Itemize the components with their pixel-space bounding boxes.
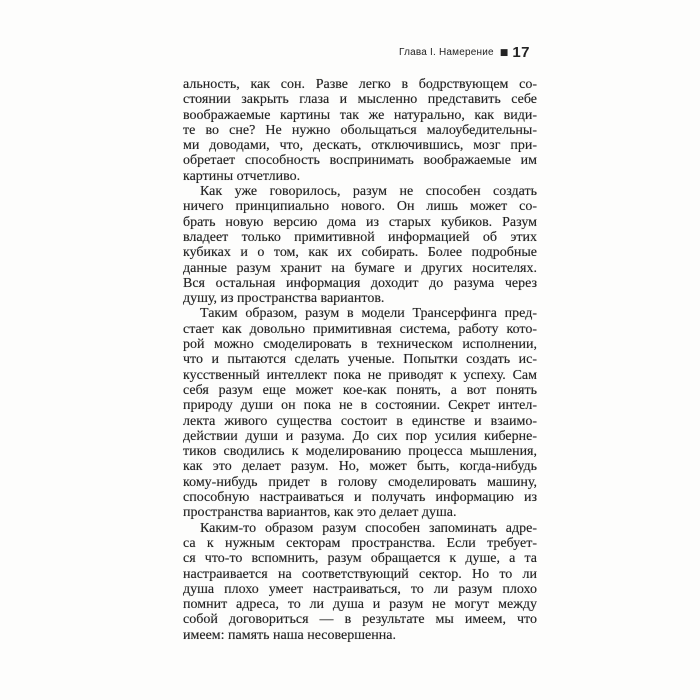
text-line: Вся остальная информация доходит до разу…	[183, 276, 537, 291]
text-line: воображаемые картины так же натурально, …	[183, 108, 537, 123]
text-line: рой можно смоделировать в техническом ис…	[183, 337, 537, 352]
text-line: тиков сводились к моделированию процесса…	[183, 444, 537, 459]
text-line: обретает способность воспринимать вообра…	[183, 153, 537, 168]
text-line: настраивается на соответствующий сектор.…	[183, 567, 537, 582]
paragraph-2: Как уже говорилось, разум не способен со…	[183, 184, 537, 306]
page-header: Глава I. Намерение■17	[183, 44, 530, 62]
text-line: Как уже говорилось, разум не способен со…	[183, 184, 537, 199]
paragraph-4: Каким-то образом разум способен запомина…	[183, 521, 537, 643]
text-line: Каким-то образом разум способен запомина…	[183, 521, 537, 536]
text-line: имеем: память наша несовершенна.	[183, 628, 537, 643]
text-line: способную настраиваться и получать инфор…	[183, 490, 537, 505]
text-line: душу, из пространства вариантов.	[183, 291, 537, 306]
text-line: са к нужным секторам пространства. Если …	[183, 536, 537, 551]
paragraph-3: Таким образом, разум в модели Трансерфин…	[183, 306, 537, 520]
text-line: картины отчетливо.	[183, 169, 537, 184]
book-page: Глава I. Намерение■17 альность, как сон.…	[0, 0, 700, 700]
text-line: ми доводами, что, дескать, отключившись,…	[183, 138, 537, 153]
text-line: стает как довольно примитивная система, …	[183, 322, 537, 337]
page-number: 17	[512, 44, 530, 61]
text-line: природу души он пока не в состоянии. Сек…	[183, 398, 537, 413]
text-line: собой договориться — в результате мы име…	[183, 612, 537, 627]
text-line: кому-нибудь придет в голову смоделироват…	[183, 475, 537, 490]
paragraph-1: альность, как сон. Разве легко в бодрств…	[183, 77, 537, 184]
chapter-title: Глава I. Намерение	[399, 47, 494, 58]
text-line: помнит адреса, то ли душа и разум не мог…	[183, 597, 537, 612]
text-line: как это делает разум. Но, может быть, ко…	[183, 459, 537, 474]
text-line: брать новую версию дома из старых кубико…	[183, 215, 537, 230]
text-line: пространства вариантов, как это делает д…	[183, 505, 537, 520]
text-line: кусственный интеллект пока не приводят к…	[183, 368, 537, 383]
text-line: владеет только примитивной информацией о…	[183, 230, 537, 245]
text-line: альность, как сон. Разве легко в бодрств…	[183, 77, 537, 92]
text-line: ничего принципиально нового. Он лишь мож…	[183, 199, 537, 214]
text-line: себя разум еще может кое-как понять, а в…	[183, 383, 537, 398]
text-line: действии души и разума. До сих пор усили…	[183, 429, 537, 444]
text-line: те во сне? Не нужно обольщаться малоубед…	[183, 123, 537, 138]
text-line: душа плохо умеет настраиваться, то ли ра…	[183, 582, 537, 597]
body-text: альность, как сон. Разве легко в бодрств…	[183, 77, 537, 643]
text-line: Таким образом, разум в модели Трансерфин…	[183, 306, 537, 321]
square-bullet-icon: ■	[500, 48, 509, 58]
text-line: данные разум хранит на бумаге и других н…	[183, 261, 537, 276]
text-line: кубиках и о том, как их собирать. Более …	[183, 245, 537, 260]
text-line: что и пытаются сделать ученые. Попытки с…	[183, 352, 537, 367]
text-line: лекта живого существа состоит в единстве…	[183, 414, 537, 429]
text-line: стоянии закрыть глаза и мысленно предста…	[183, 92, 537, 107]
text-line: ся что-то вспомнить, разум обращается к …	[183, 551, 537, 566]
